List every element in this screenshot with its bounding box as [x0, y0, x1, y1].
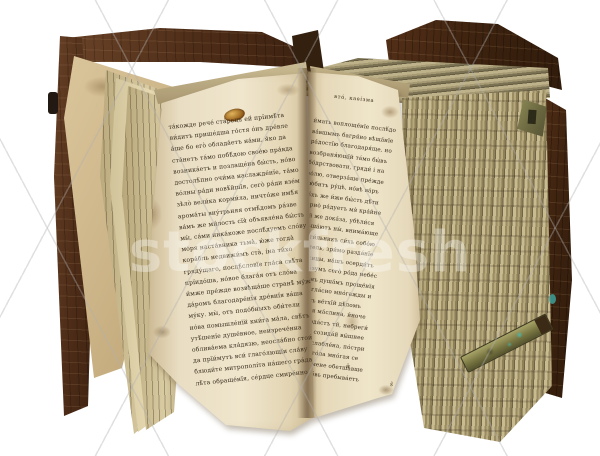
gutter-shadow	[297, 68, 317, 418]
catchword: и̑	[346, 364, 350, 370]
clasp-strap-wrap	[458, 300, 568, 376]
verdigris-spot	[549, 294, 556, 304]
signature-mark: ѕ̃	[390, 382, 394, 388]
right-page-header: вто́, каѳі́зма	[334, 94, 375, 104]
clasp-pin	[48, 92, 58, 114]
clasp-strap	[460, 313, 554, 373]
antique-book-photo: ѯві та́кожде рече́ ста́рецъ ей́ прїимѣ́т…	[0, 0, 600, 456]
